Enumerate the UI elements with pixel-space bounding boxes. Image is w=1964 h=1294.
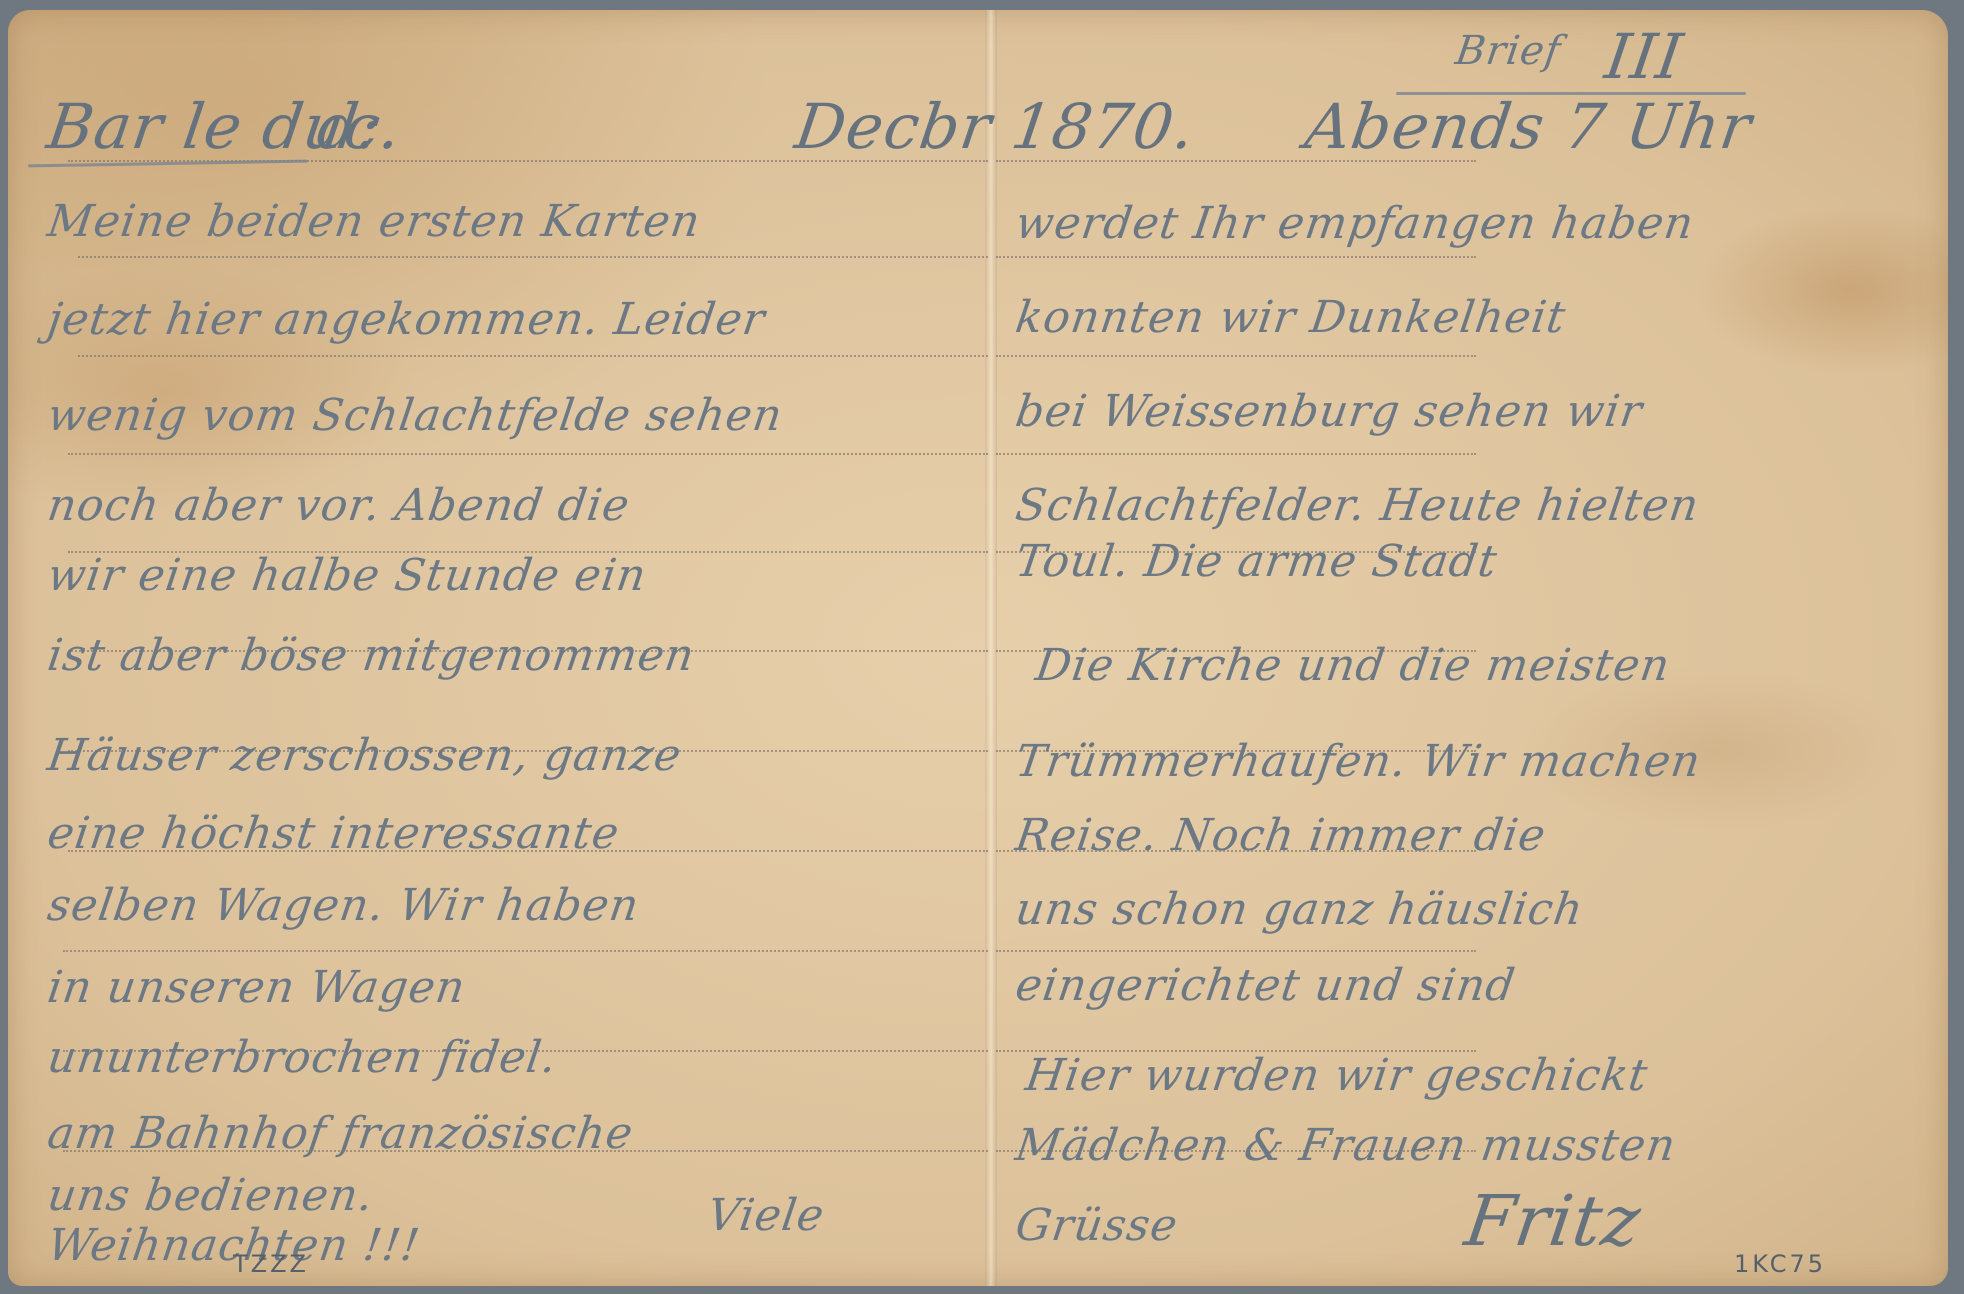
letter-line: Häuser zerschossen, ganze	[44, 730, 685, 781]
ruled-line	[78, 355, 988, 357]
brief-label: Brief	[1453, 28, 1564, 74]
letter-line: bei Weissenburg sehen wir	[1012, 386, 1645, 437]
letter-line: ununterbrochen fidel.	[44, 1032, 560, 1083]
letter-line: ist aber böse mitgenommen	[44, 630, 698, 681]
letter-line: Die Kirche und die meisten	[1032, 640, 1673, 691]
ruled-line	[996, 950, 1476, 952]
letter-line: in unseren Wagen	[44, 962, 468, 1013]
letter-line: Trümmerhaufen. Wir machen	[1012, 736, 1704, 787]
archive-mark: TZZZ	[233, 1250, 309, 1278]
brief-number: III	[1601, 20, 1688, 93]
ruled-line	[996, 355, 1476, 357]
ruled-line	[996, 453, 1476, 455]
letter-line: Toul. Die arme Stadt	[1012, 536, 1500, 587]
heading-time: Abends 7 Uhr	[1301, 90, 1757, 163]
letter-line: uns bedienen.	[44, 1170, 377, 1221]
left-page: Bar le duc. d: Meine beiden ersten Karte…	[8, 10, 988, 1286]
letter-line: Hier wurden wir geschickt	[1022, 1050, 1651, 1101]
ruled-line	[68, 453, 988, 455]
archive-mark: 1KC75	[1734, 1250, 1826, 1278]
letter-line: eine höchst interessante	[44, 808, 622, 859]
closing-word: Grüsse	[1012, 1200, 1181, 1251]
letter-line: wir eine halbe Stunde ein	[44, 550, 649, 601]
letter-line: Reise. Noch immer die	[1012, 810, 1549, 861]
heading-date-prefix: d:	[313, 90, 386, 163]
letter-line: konnten wir Dunkelheit	[1012, 292, 1569, 343]
letter-line: wenig vom Schlachtfelde sehen	[44, 390, 786, 441]
letter-line: uns schon ganz häuslich	[1012, 884, 1586, 935]
letter-line: noch aber vor. Abend die	[44, 480, 633, 531]
ruled-line	[63, 950, 988, 952]
letter-line: Meine beiden ersten Karten	[44, 196, 703, 247]
letter-line: eingerichtet und sind	[1012, 960, 1518, 1011]
signature: Fritz	[1460, 1180, 1646, 1262]
closing-word: Viele	[704, 1190, 827, 1241]
ruled-line	[78, 256, 988, 258]
ruled-line	[996, 256, 1476, 258]
right-page: Brief III Decbr 1870. Abends 7 Uhr werde…	[996, 10, 1948, 1286]
letter-line: Mädchen & Frauen mussten	[1012, 1120, 1679, 1171]
letter-line: Schlachtfelder. Heute hielten	[1012, 480, 1702, 531]
letter-line: selben Wagen. Wir haben	[44, 880, 642, 931]
letter-line: werdet Ihr empfangen haben	[1012, 198, 1697, 249]
heading-date: Decbr 1870.	[791, 90, 1200, 163]
letter-line: am Bahnhof französische	[44, 1108, 636, 1159]
letter-line: jetzt hier angekommen. Leider	[44, 294, 768, 345]
